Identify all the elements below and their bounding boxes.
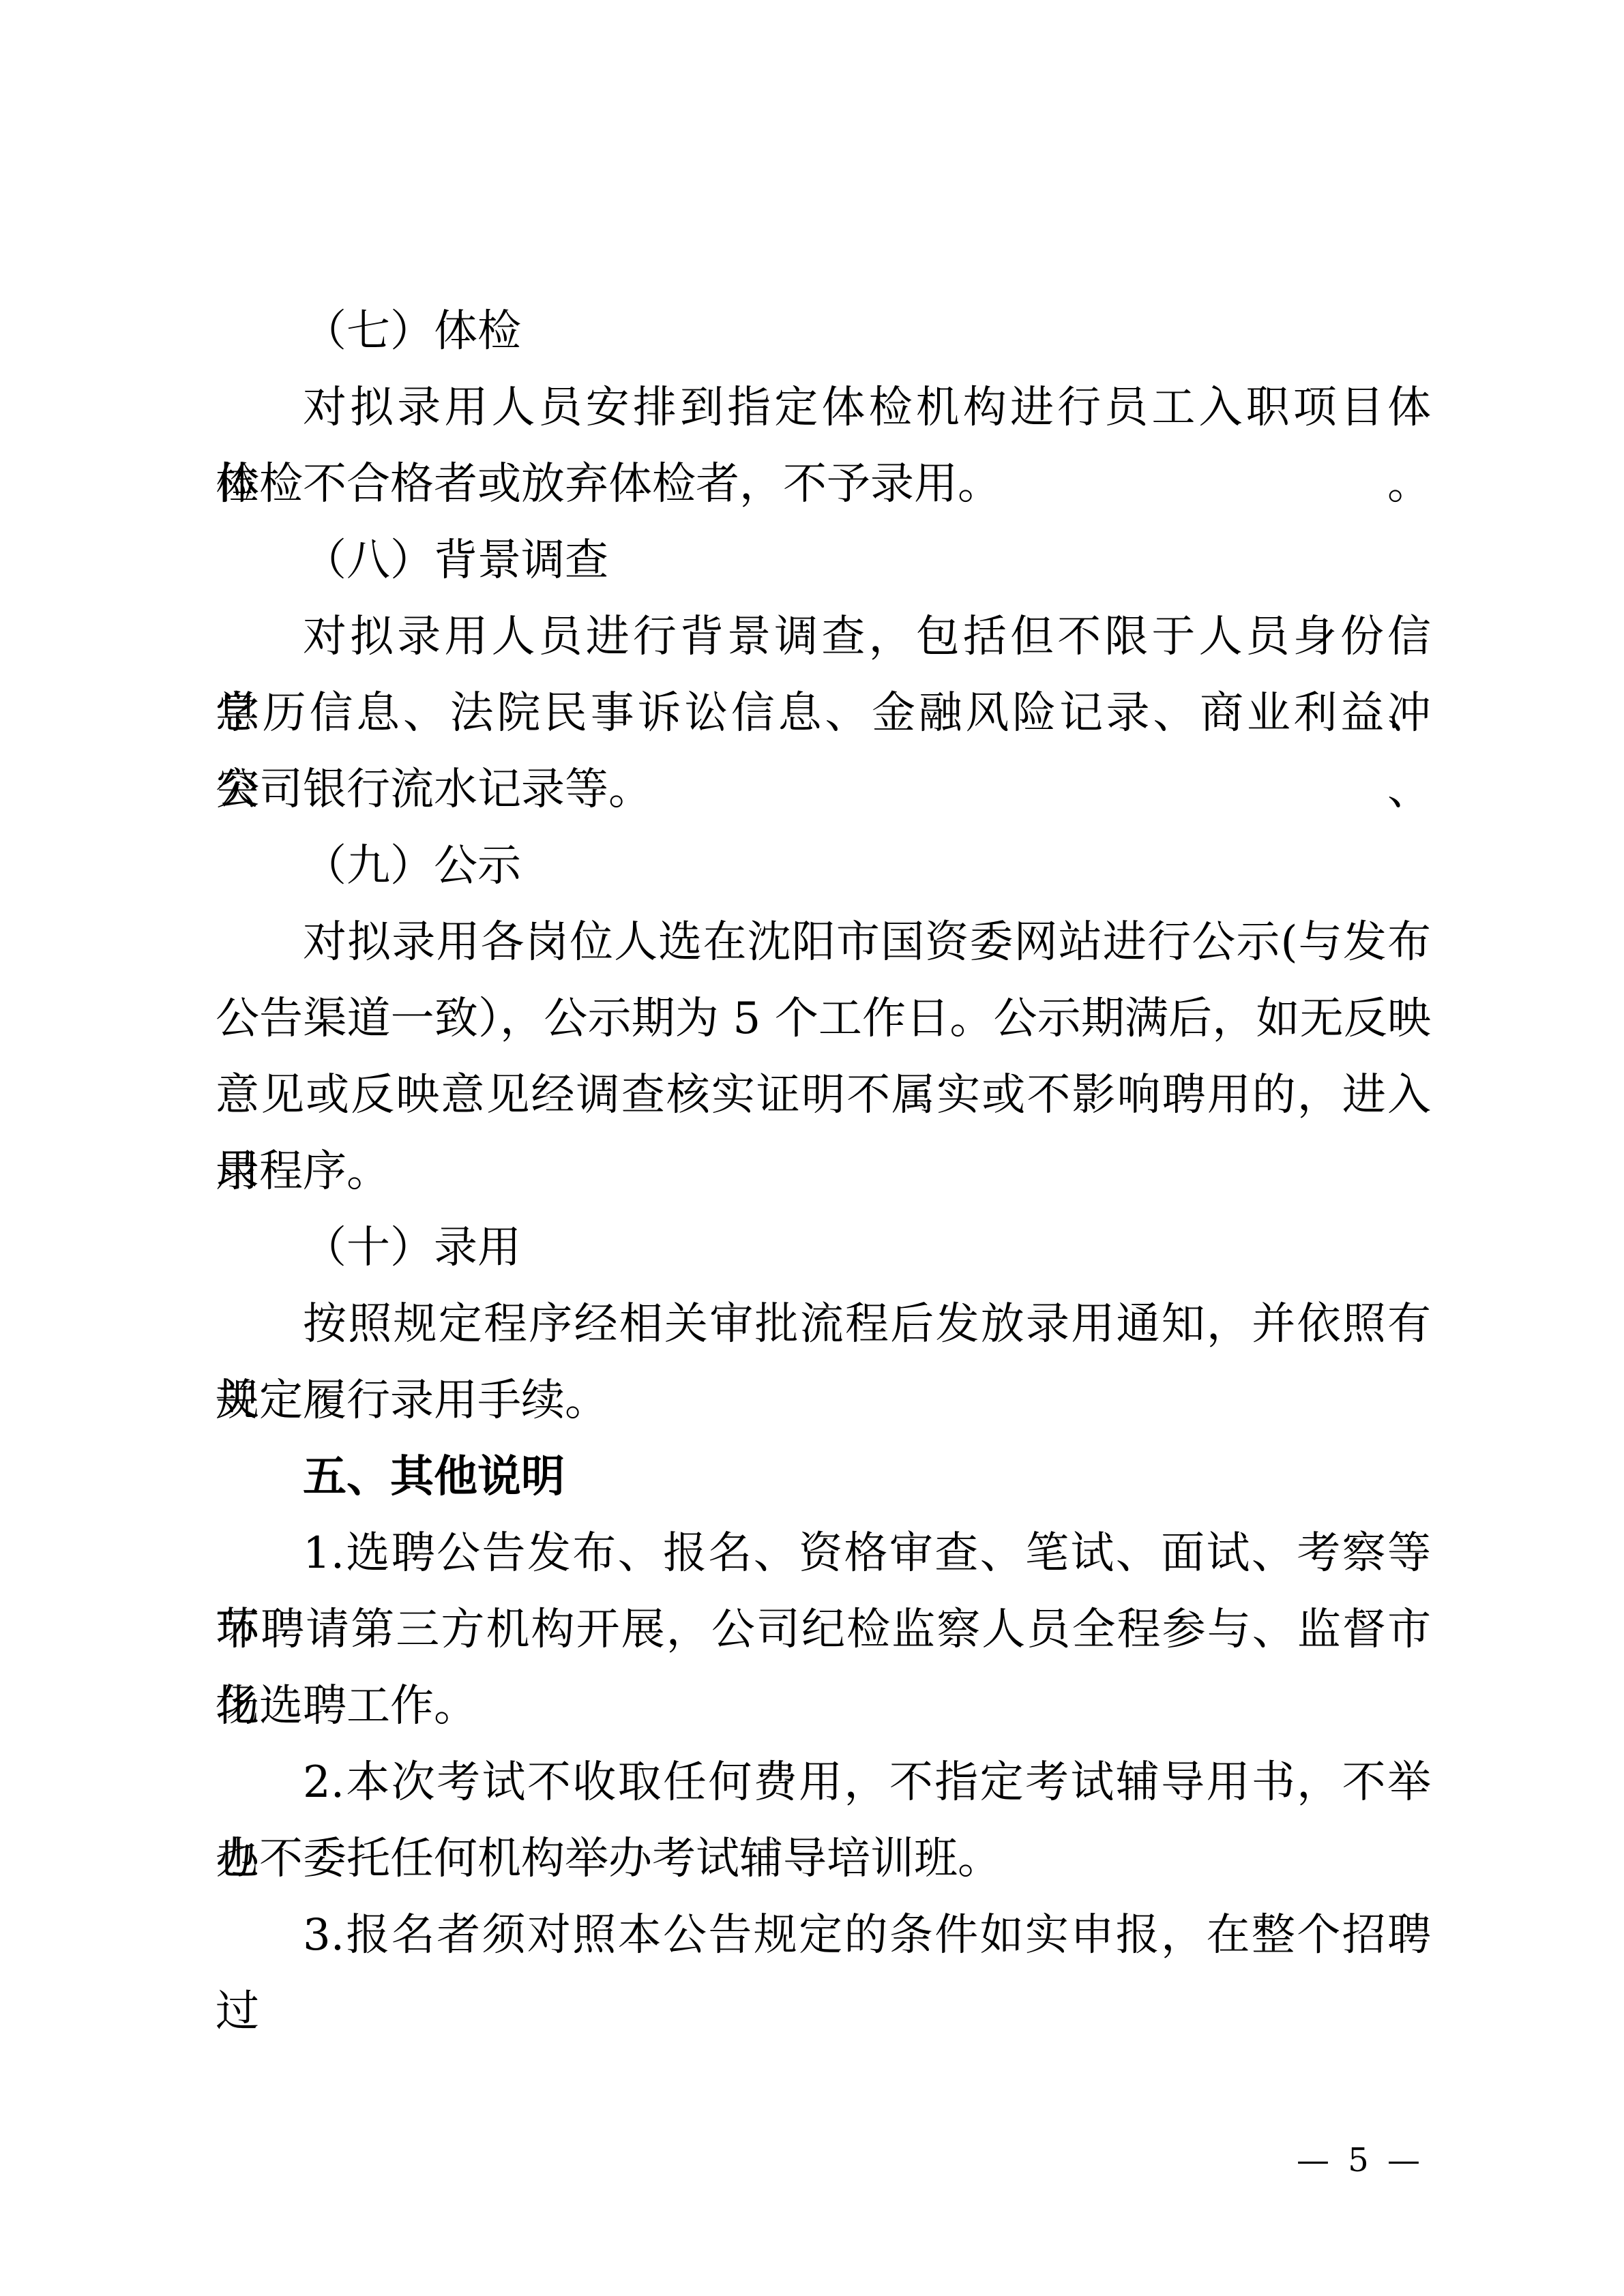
paragraph-employment-line-2: 规定履行录用手续。 — [216, 1362, 1431, 1439]
paragraph-note-2-line-1: 2.本次考试不收取任何费用，不指定考试辅导用书，不举办 — [216, 1744, 1431, 1821]
paragraph-note-1-line-1: 1.选聘公告发布、报名、资格审查、笔试、面试、考察等环 — [216, 1515, 1431, 1592]
paragraph-public-notice-line-2: 公告渠道一致），公示期为 5 个工作日。公示期满后，如无反映 — [216, 981, 1431, 1057]
paragraph-note-1-line-2: 节聘请第三方机构开展，公司纪检监察人员全程参与、监督市场 — [216, 1592, 1431, 1668]
section-heading-9-public-notice: （九）公示 — [216, 828, 1431, 904]
section-heading-5-other-notes: 五、其他说明 — [216, 1439, 1431, 1515]
paragraph-employment-line-1: 按照规定程序经相关审批流程后发放录用通知，并依照有关 — [216, 1286, 1431, 1362]
paragraph-background-check-line-1: 对拟录用人员进行背景调查，包括但不限于人员身份信息、 — [216, 599, 1431, 675]
paragraph-physical-exam-line-1: 对拟录用人员安排到指定体检机构进行员工入职项目体检。 — [216, 370, 1431, 446]
paragraph-note-3-line-1: 3.报名者须对照本公告规定的条件如实申报，在整个招聘过 — [216, 1897, 1431, 1973]
document-body: （七）体检 对拟录用人员安排到指定体检机构进行员工入职项目体检。 体检不合格者或… — [216, 293, 1431, 1973]
paragraph-public-notice-line-1: 对拟录用各岗位人选在沈阳市国资委网站进行公示(与发布 — [216, 904, 1431, 981]
paragraph-background-check-line-2: 学历信息、法院民事诉讼信息、金融风险记录、商业利益冲突、 — [216, 675, 1431, 751]
section-heading-8-background-check: （八）背景调查 — [216, 522, 1431, 599]
section-heading-7-physical-exam: （七）体检 — [216, 293, 1431, 370]
paragraph-public-notice-line-3: 意见或反映意见经调查核实证明不属实或不影响聘用的，进入录 — [216, 1057, 1431, 1133]
section-heading-10-employment: （十）录用 — [216, 1210, 1431, 1286]
paragraph-note-2-line-2: 也不委托任何机构举办考试辅导培训班。 — [216, 1821, 1431, 1897]
page-number: — 5 — — [1297, 2140, 1424, 2181]
document-page: （七）体检 对拟录用人员安排到指定体检机构进行员工入职项目体检。 体检不合格者或… — [0, 0, 1624, 2296]
paragraph-note-1-line-3: 化选聘工作。 — [216, 1668, 1431, 1744]
paragraph-public-notice-line-4: 用程序。 — [216, 1133, 1431, 1210]
